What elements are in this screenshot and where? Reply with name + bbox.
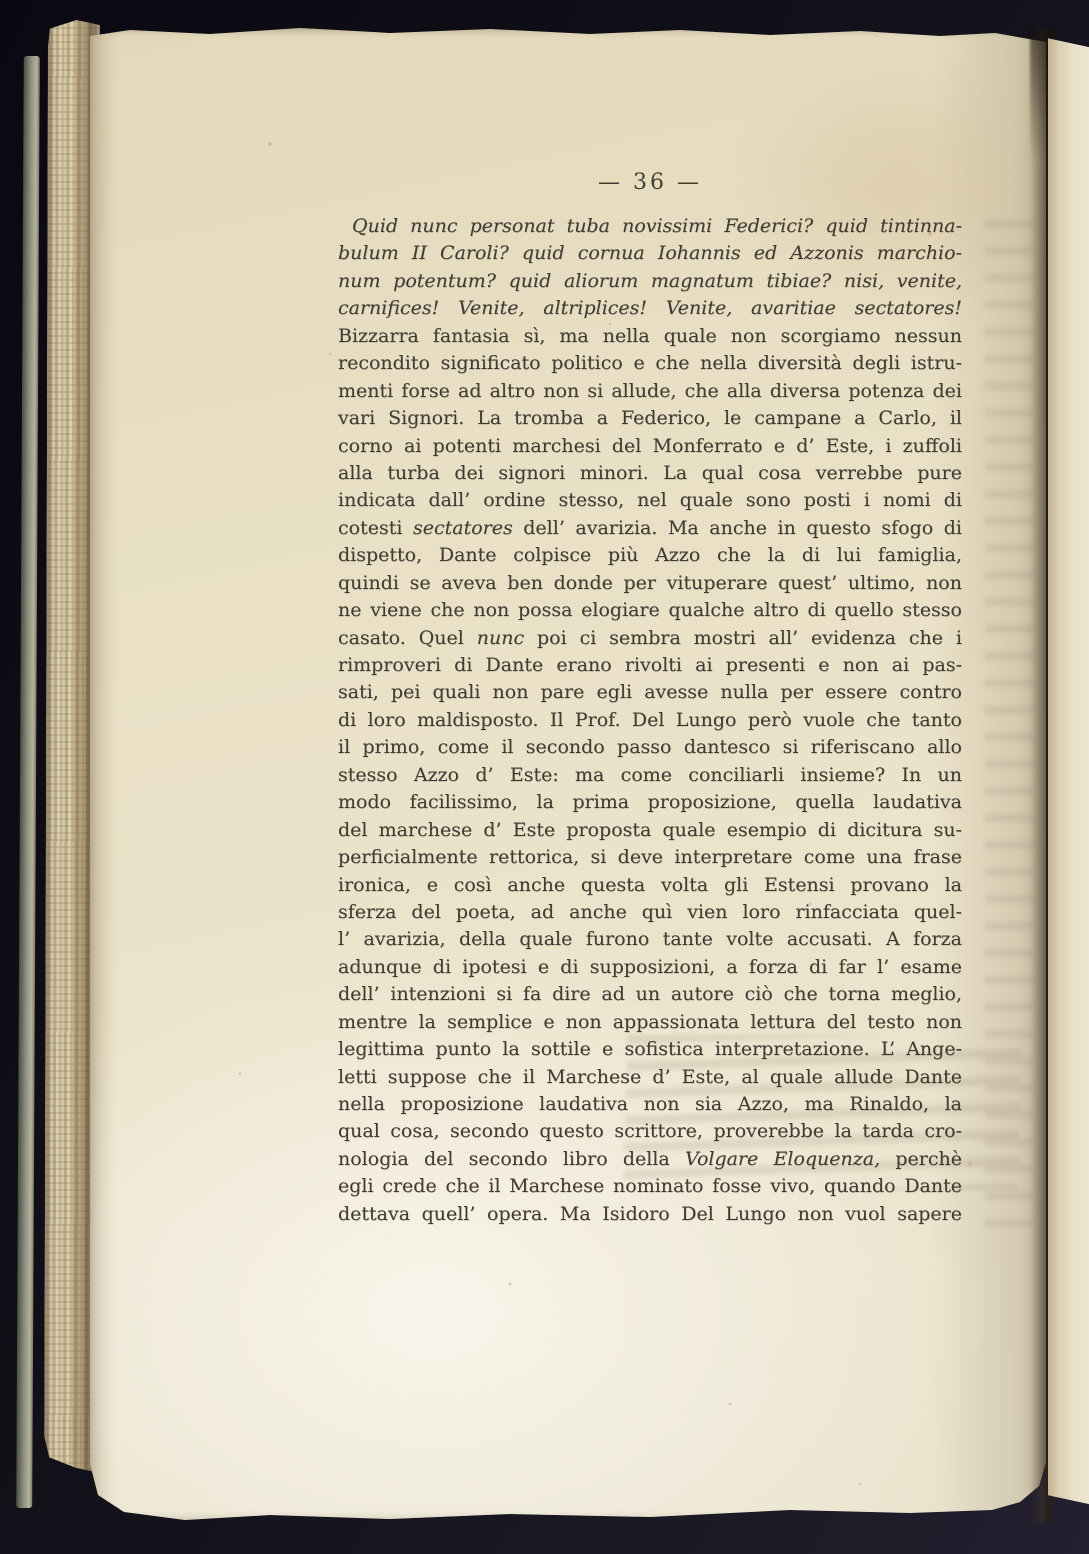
text-line: corno ai potenti marchesi del Monferrato… — [338, 433, 962, 460]
italic-term: Volgare Eloquenza, — [685, 1148, 880, 1170]
text-line: mentre la semplice e non appassionata le… — [338, 1009, 962, 1036]
text-line: di loro maldisposto. Il Prof. Del Lungo … — [338, 707, 962, 734]
text-line: nologia del secondo libro della Volgare … — [338, 1146, 962, 1173]
text-line: Quid nunc personat tuba novissimi Federi… — [338, 213, 962, 240]
ink-bleedthrough — [985, 220, 1033, 1240]
text-line: alla turba dei signori minori. La qual c… — [338, 460, 962, 487]
text-line: carnifices! Venite, altriplices! Venite,… — [338, 295, 962, 322]
book-scan-photo: — 36 — Quid nunc personat tuba novissimi… — [0, 0, 1089, 1554]
text-line: egli crede che il Marchese nominato foss… — [338, 1173, 962, 1200]
text-line: num potentum? quid aliorum magnatum tibi… — [338, 268, 962, 295]
text-line: del marchese d’ Este proposta quale esem… — [338, 817, 962, 844]
text-line: nella proposizione laudativa non sia Azz… — [338, 1091, 962, 1118]
text-line: recondito significato politico e che nel… — [338, 350, 962, 377]
italic-term: sectatores — [413, 517, 513, 539]
text-line: dispetto, Dante colpisce più Azzo che la… — [338, 542, 962, 569]
italic-term: nunc — [477, 627, 524, 649]
text-line: stesso Azzo d’ Este: ma come conciliarli… — [338, 762, 962, 789]
text-line: ironica, e così anche questa volta gli E… — [338, 872, 962, 899]
text-line: legittima punto la sottile e sofistica i… — [338, 1036, 962, 1063]
text-line: l’ avarizia, della quale furono tante vo… — [338, 926, 962, 953]
text-line: bulum II Caroli? quid cornua Iohannis ed… — [338, 240, 962, 267]
text-line: vari Signori. La tromba a Federico, le c… — [338, 405, 962, 432]
text-line: dell’ intenzioni si fa dire ad un autore… — [338, 981, 962, 1008]
text-line: sati, pei quali non pare egli avesse nul… — [338, 679, 962, 706]
text-line: menti forse ad altro non si allude, che … — [338, 378, 962, 405]
text-line: indicata dall’ ordine stesso, nel quale … — [338, 487, 962, 514]
page-number: — 36 — — [338, 170, 962, 195]
text-line: Bizzarra fantasia sì, ma nella quale non… — [338, 323, 962, 350]
text-line: modo facilissimo, la prima proposizione,… — [338, 789, 962, 816]
text-line: quindi se aveva ben donde per vituperare… — [338, 570, 962, 597]
text-line: rimproveri di Dante erano rivolti ai pre… — [338, 652, 962, 679]
text-line: letti suppose che il Marchese d’ Este, a… — [338, 1064, 962, 1091]
text-line: casato. Quel nunc poi ci sembra mostri a… — [338, 625, 962, 652]
facing-page-sliver — [1048, 36, 1089, 1516]
text-line: sferza del poeta, ad anche quì vien loro… — [338, 899, 962, 926]
text-line: adunque di ipotesi e di supposizioni, a … — [338, 954, 962, 981]
book-cover-edge — [16, 56, 40, 1508]
text-line: cotesti sectatores dell’ avarizia. Ma an… — [338, 515, 962, 542]
text-line: ne viene che non possa elogiare qualche … — [338, 597, 962, 624]
text-line: il primo, come il secondo passo dantesco… — [338, 734, 962, 761]
text-block: Quid nunc personat tuba novissimi Federi… — [338, 213, 962, 1228]
text-line: perficialmente rettorica, si deve interp… — [338, 844, 962, 871]
text-line: qual cosa, secondo questo scrittore, pro… — [338, 1118, 962, 1145]
text-line: dettava quell’ opera. Ma Isidoro Del Lun… — [338, 1201, 962, 1228]
